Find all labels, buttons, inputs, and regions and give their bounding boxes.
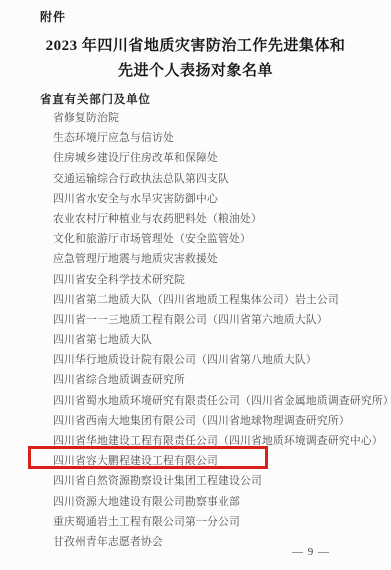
list-item: 交通运输综合行政执法总队第四支队 <box>53 169 388 189</box>
section-heading: 省直有关部门及单位 <box>40 91 151 107</box>
list-item: 应急管理厅地震与地质灾害救援处 <box>53 249 388 269</box>
list-item-highlighted: 四川省容大鹏程建设工程有限公司 <box>53 451 388 471</box>
list-item: 四川省华地建设工程有限责任公司（四川省地质环境调查研究中心） <box>53 431 388 451</box>
list-item: 四川省水安全与水旱灾害防御中心 <box>53 189 388 209</box>
organization-list: 省修复防治院 生态环境厅应急与信访处 住房城乡建设厅住房改革和保障处 交通运输综… <box>53 108 388 552</box>
list-item: 甘孜州青年志愿者协会 <box>53 532 388 552</box>
list-item: 省修复防治院 <box>53 108 388 128</box>
list-item: 文化和旅游厅市场管理处（安全监管处） <box>53 229 388 249</box>
list-item: 四川省综合地质调查研究所 <box>53 370 388 390</box>
document-page: 附件 2023 年四川省地质灾害防治工作先进集体和 先进个人表扬对象名单 省直有… <box>0 0 391 570</box>
list-item: 四川省第七地质大队 <box>53 330 388 350</box>
list-item: 生态环境厅应急与信访处 <box>53 128 388 148</box>
list-item: 四川省自然资源勘察设计集团工程建设公司 <box>53 471 388 491</box>
list-item: 四川省第二地质大队（四川省地质工程集体公司）岩土公司 <box>53 290 388 310</box>
attachment-label: 附件 <box>40 8 66 25</box>
list-item: 四川华行地质设计院有限公司（四川省第八地质大队） <box>53 350 388 370</box>
list-item: 农业农村厅种植业与农药肥料处（粮油处） <box>53 209 388 229</box>
list-item: 四川省一一三地质工程有限公司（四川省第六地质大队） <box>53 310 388 330</box>
page-number: — 9 — <box>292 546 330 558</box>
list-item: 四川省安全科学技术研究院 <box>53 270 388 290</box>
list-item: 四川省蜀水地质环境研究有限责任公司（四川省金属地质调查研究所） <box>53 391 388 411</box>
document-title-line1: 2023 年四川省地质灾害防治工作先进集体和 <box>0 34 391 59</box>
list-item: 四川省西南大地集团有限公司（四川省地球物理调查研究所） <box>53 411 388 431</box>
document-title: 2023 年四川省地质灾害防治工作先进集体和 先进个人表扬对象名单 <box>0 34 391 84</box>
document-title-line2: 先进个人表扬对象名单 <box>0 59 391 84</box>
list-item: 住房城乡建设厅住房改革和保障处 <box>53 148 388 168</box>
list-item: 重庆蜀通岩土工程有限公司第一分公司 <box>53 512 388 532</box>
list-item: 四川资源大地建设有限公司勘察事业部 <box>53 492 388 512</box>
